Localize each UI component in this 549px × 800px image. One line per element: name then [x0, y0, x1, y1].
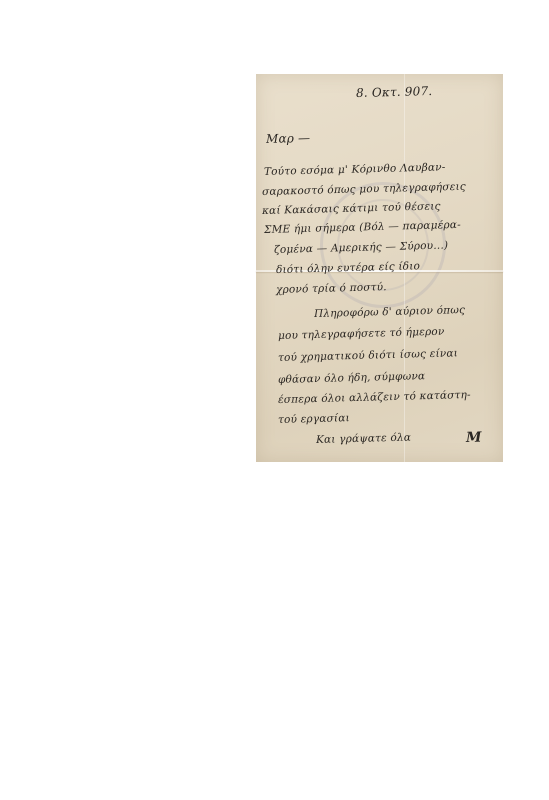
letter-line: μου τηλεγραφήσετε τό ήμερον — [278, 326, 445, 342]
letter-salutation: Μαρ — — [266, 131, 311, 146]
letter-line: Πληροφόρω δ' αύριον όπως — [314, 304, 465, 320]
letter-line: τού εργασίαι — [278, 412, 350, 426]
letter-line: τού χρηματικού διότι ίσως είναι — [278, 347, 458, 364]
letter-line: έσπερα όλοι αλλάζειν τό κατάστη- — [278, 389, 471, 406]
letter-closing: Και γράψατε όλα — [316, 432, 411, 446]
letter-signature: Μ — [466, 430, 482, 446]
letter-date: 8. Οκτ. 907. — [356, 84, 433, 100]
letter-line: Τούτο εσόμα μ' Κόρινθο Λαυβαν- — [264, 161, 446, 178]
letter-paper: 8. Οκτ. 907. Μαρ — Τούτο εσόμα μ' Κόρινθ… — [256, 74, 503, 462]
